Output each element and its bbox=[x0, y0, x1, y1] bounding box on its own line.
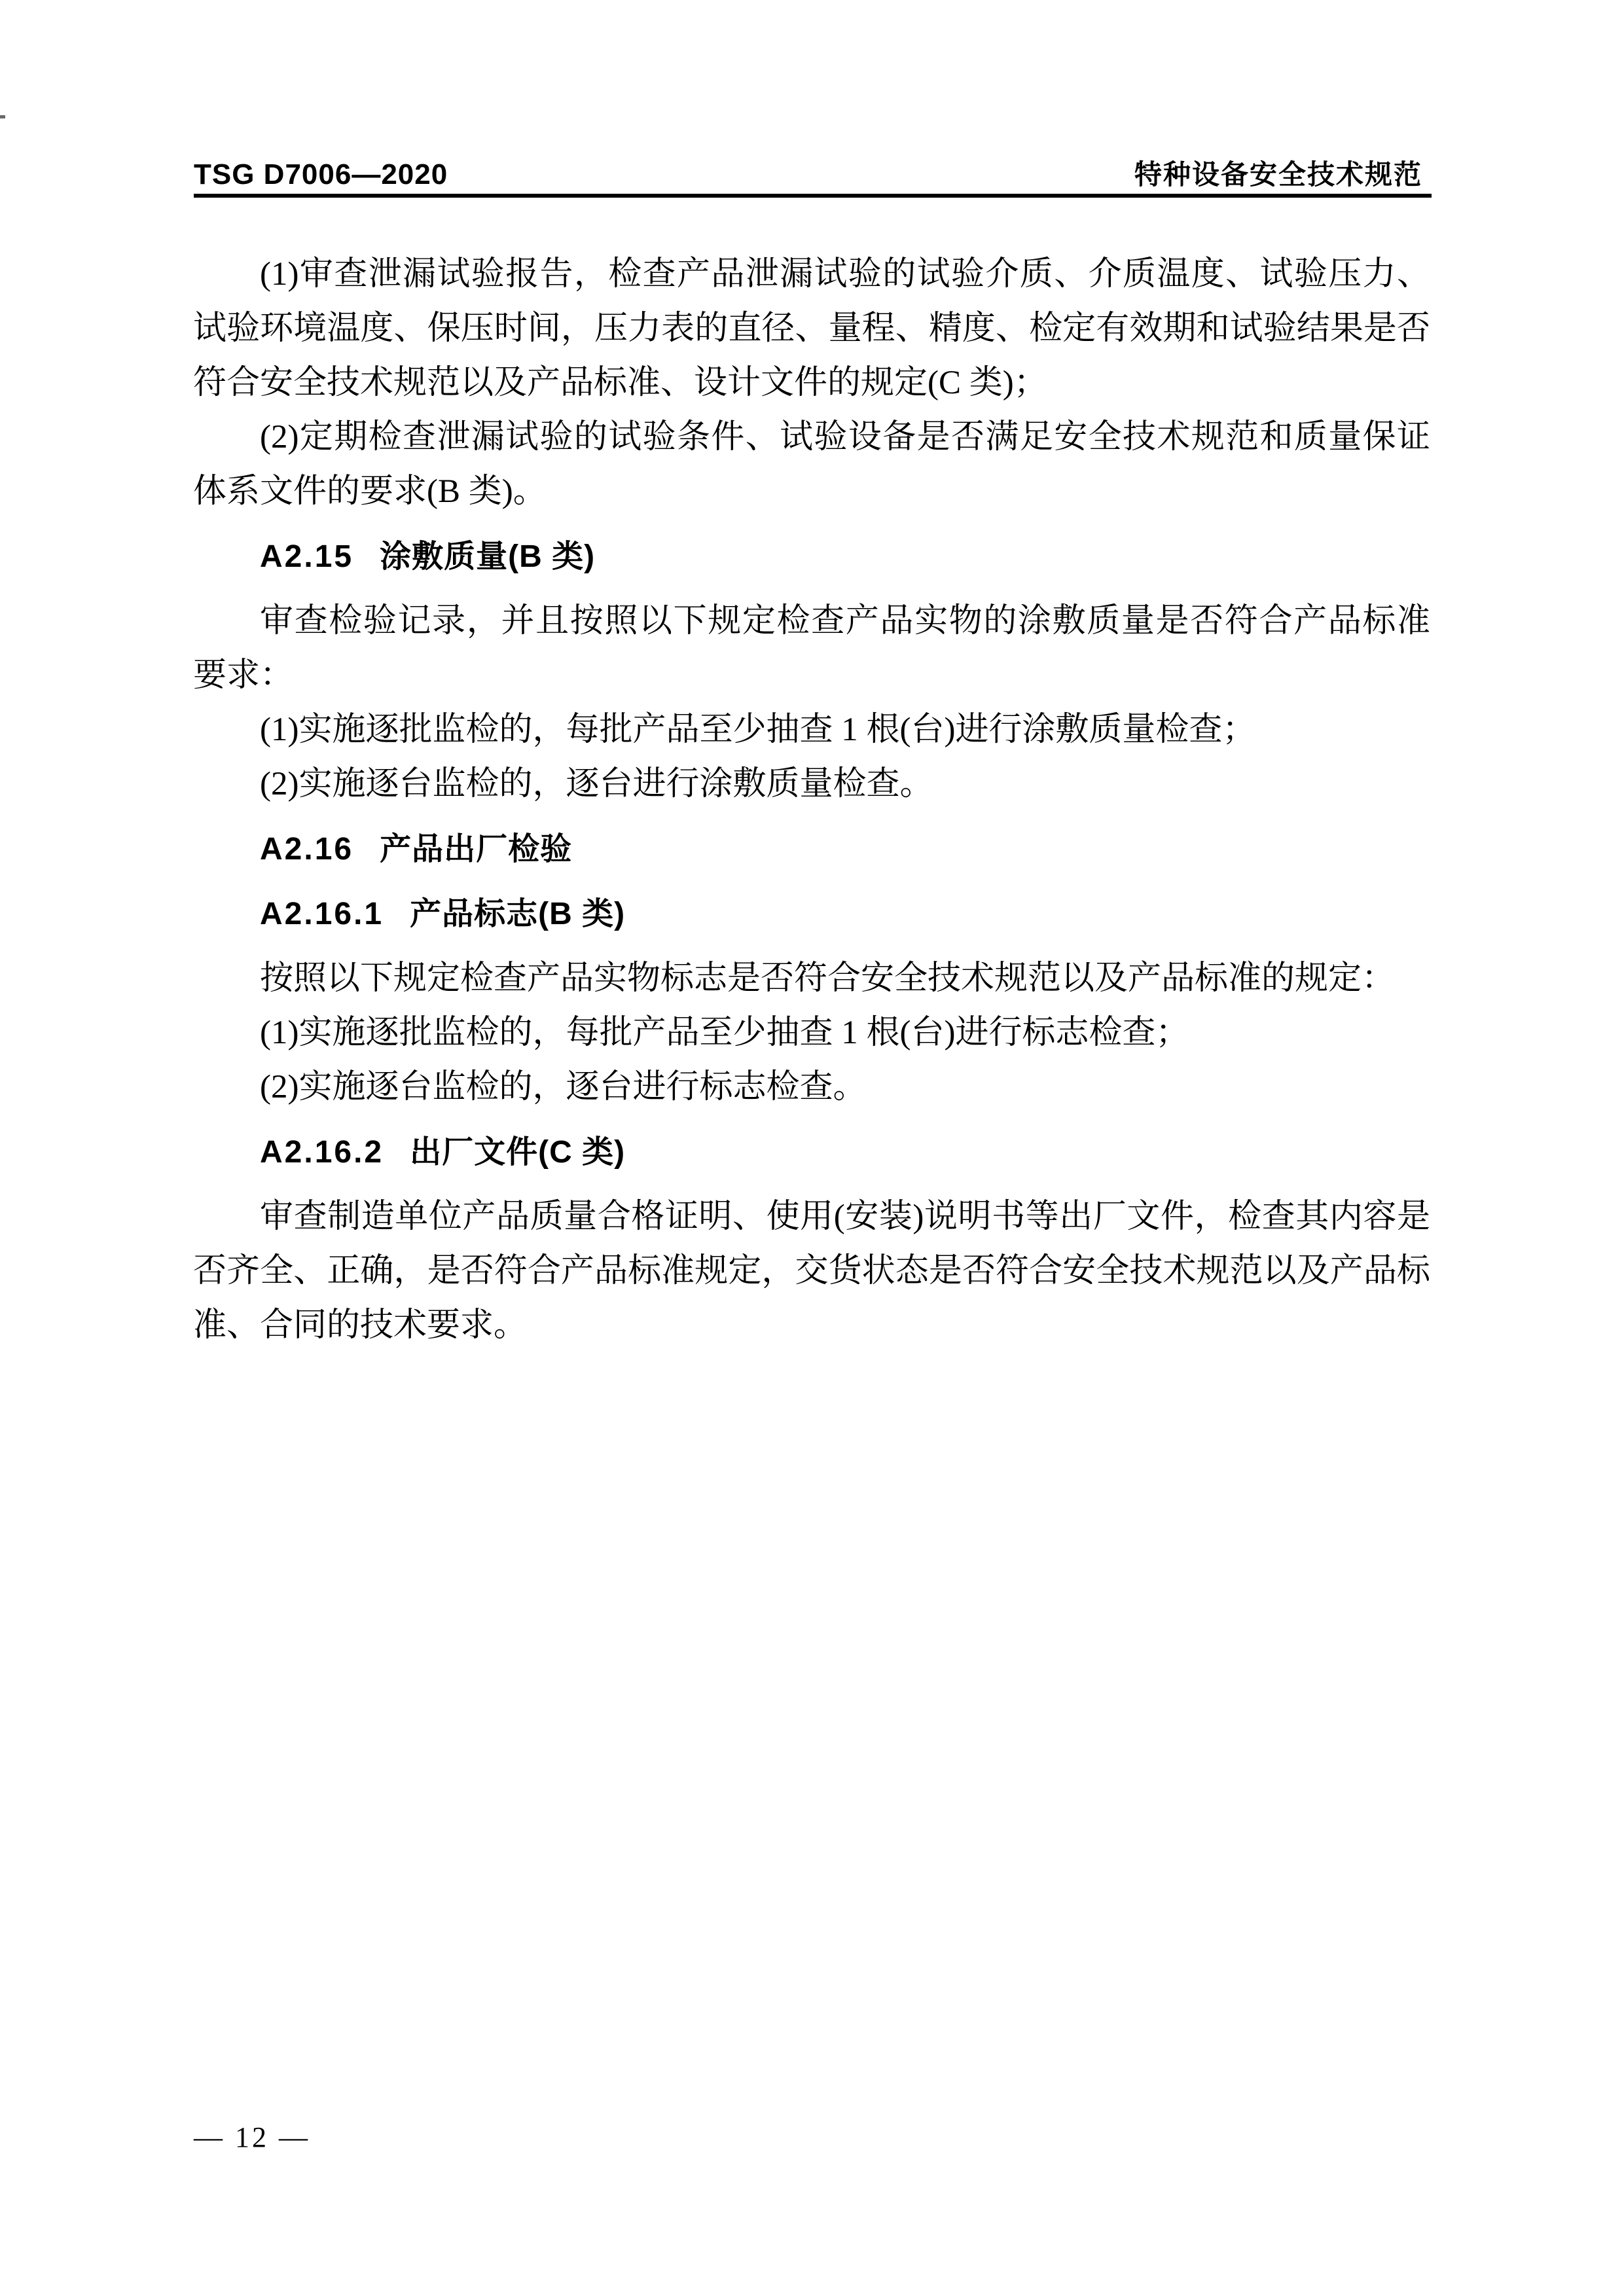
header-rule bbox=[194, 194, 1432, 198]
paragraph: 审查检验记录，并且按照以下规定检查产品实物的涂敷质量是否符合产品标准要求： bbox=[193, 594, 1430, 703]
body-line: 否齐全、正确，是否符合产品标准规定，交货状态是否符合安全技术规范以及产品标 bbox=[193, 1244, 1430, 1299]
body-line: 符合安全技术规范以及产品标准、设计文件的规定(C 类)； bbox=[193, 356, 1430, 410]
heading-number: A2.15 bbox=[260, 539, 353, 574]
section-heading: A2.16.1产品标志(B 类) bbox=[193, 887, 1430, 941]
body-line: (2)实施逐台监检的，逐台进行涂敷质量检查。 bbox=[193, 757, 1430, 812]
heading-title: 出厂文件(C 类) bbox=[410, 1135, 625, 1170]
heading-number: A2.16.2 bbox=[260, 1135, 384, 1170]
body-line: (2)实施逐台监检的，逐台进行标志检查。 bbox=[193, 1060, 1430, 1115]
paragraph: (2)定期检查泄漏试验的试验条件、试验设备是否满足安全技术规范和质量保证体系文件… bbox=[193, 410, 1430, 519]
heading-title: 产品标志(B 类) bbox=[410, 897, 625, 931]
heading-title: 涂敷质量(B 类) bbox=[380, 539, 595, 574]
body-line: (1)实施逐批监检的，每批产品至少抽查 1 根(台)进行标志检查； bbox=[193, 1006, 1430, 1060]
document-page: TSG D7006—2020 特种设备安全技术规范 (1)审查泄漏试验报告，检查… bbox=[0, 0, 1624, 2296]
paragraph: (2)实施逐台监检的，逐台进行标志检查。 bbox=[193, 1060, 1430, 1115]
body-line: 审查制造单位产品质量合格证明、使用(安装)说明书等出厂文件，检查其内容是 bbox=[193, 1190, 1430, 1244]
body-line: (1)审查泄漏试验报告，检查产品泄漏试验的试验介质、介质温度、试验压力、 bbox=[193, 247, 1430, 302]
heading-number: A2.16 bbox=[260, 832, 353, 867]
body-line: 审查检验记录，并且按照以下规定检查产品实物的涂敷质量是否符合产品标准 bbox=[193, 594, 1430, 649]
section-heading: A2.15涂敷质量(B 类) bbox=[193, 529, 1430, 584]
body-line: 准、合同的技术要求。 bbox=[193, 1299, 1430, 1353]
paragraph: 按照以下规定检查产品实物标志是否符合安全技术规范以及产品标准的规定： bbox=[193, 952, 1430, 1006]
paragraph: 审查制造单位产品质量合格证明、使用(安装)说明书等出厂文件，检查其内容是否齐全、… bbox=[193, 1190, 1430, 1353]
paragraph: (2)实施逐台监检的，逐台进行涂敷质量检查。 bbox=[193, 757, 1430, 812]
scan-speck bbox=[0, 115, 5, 118]
paragraph: (1)实施逐批监检的，每批产品至少抽查 1 根(台)进行涂敷质量检查； bbox=[193, 703, 1430, 757]
doc-code: TSG D7006—2020 bbox=[194, 158, 448, 191]
paragraph: (1)实施逐批监检的，每批产品至少抽查 1 根(台)进行标志检查； bbox=[193, 1006, 1430, 1060]
document-body: (1)审查泄漏试验报告，检查产品泄漏试验的试验介质、介质温度、试验压力、试验环境… bbox=[193, 247, 1430, 1353]
section-heading: A2.16.2出厂文件(C 类) bbox=[193, 1125, 1430, 1179]
body-line: 按照以下规定检查产品实物标志是否符合安全技术规范以及产品标准的规定： bbox=[193, 952, 1430, 1006]
heading-title: 产品出厂检验 bbox=[380, 832, 572, 867]
section-heading: A2.16产品出厂检验 bbox=[193, 822, 1430, 876]
page-header: TSG D7006—2020 特种设备安全技术规范 bbox=[194, 153, 1432, 192]
doc-title: 特种设备安全技术规范 bbox=[1134, 153, 1432, 192]
heading-number: A2.16.1 bbox=[260, 897, 384, 931]
page-number: — 12 — bbox=[194, 2119, 310, 2156]
body-line: 试验环境温度、保压时间，压力表的直径、量程、精度、检定有效期和试验结果是否 bbox=[193, 302, 1430, 356]
body-line: (1)实施逐批监检的，每批产品至少抽查 1 根(台)进行涂敷质量检查； bbox=[193, 703, 1430, 757]
body-line: 要求： bbox=[193, 649, 1430, 703]
body-line: (2)定期检查泄漏试验的试验条件、试验设备是否满足安全技术规范和质量保证 bbox=[193, 410, 1430, 465]
paragraph: (1)审查泄漏试验报告，检查产品泄漏试验的试验介质、介质温度、试验压力、试验环境… bbox=[193, 247, 1430, 410]
body-line: 体系文件的要求(B 类)。 bbox=[193, 465, 1430, 519]
